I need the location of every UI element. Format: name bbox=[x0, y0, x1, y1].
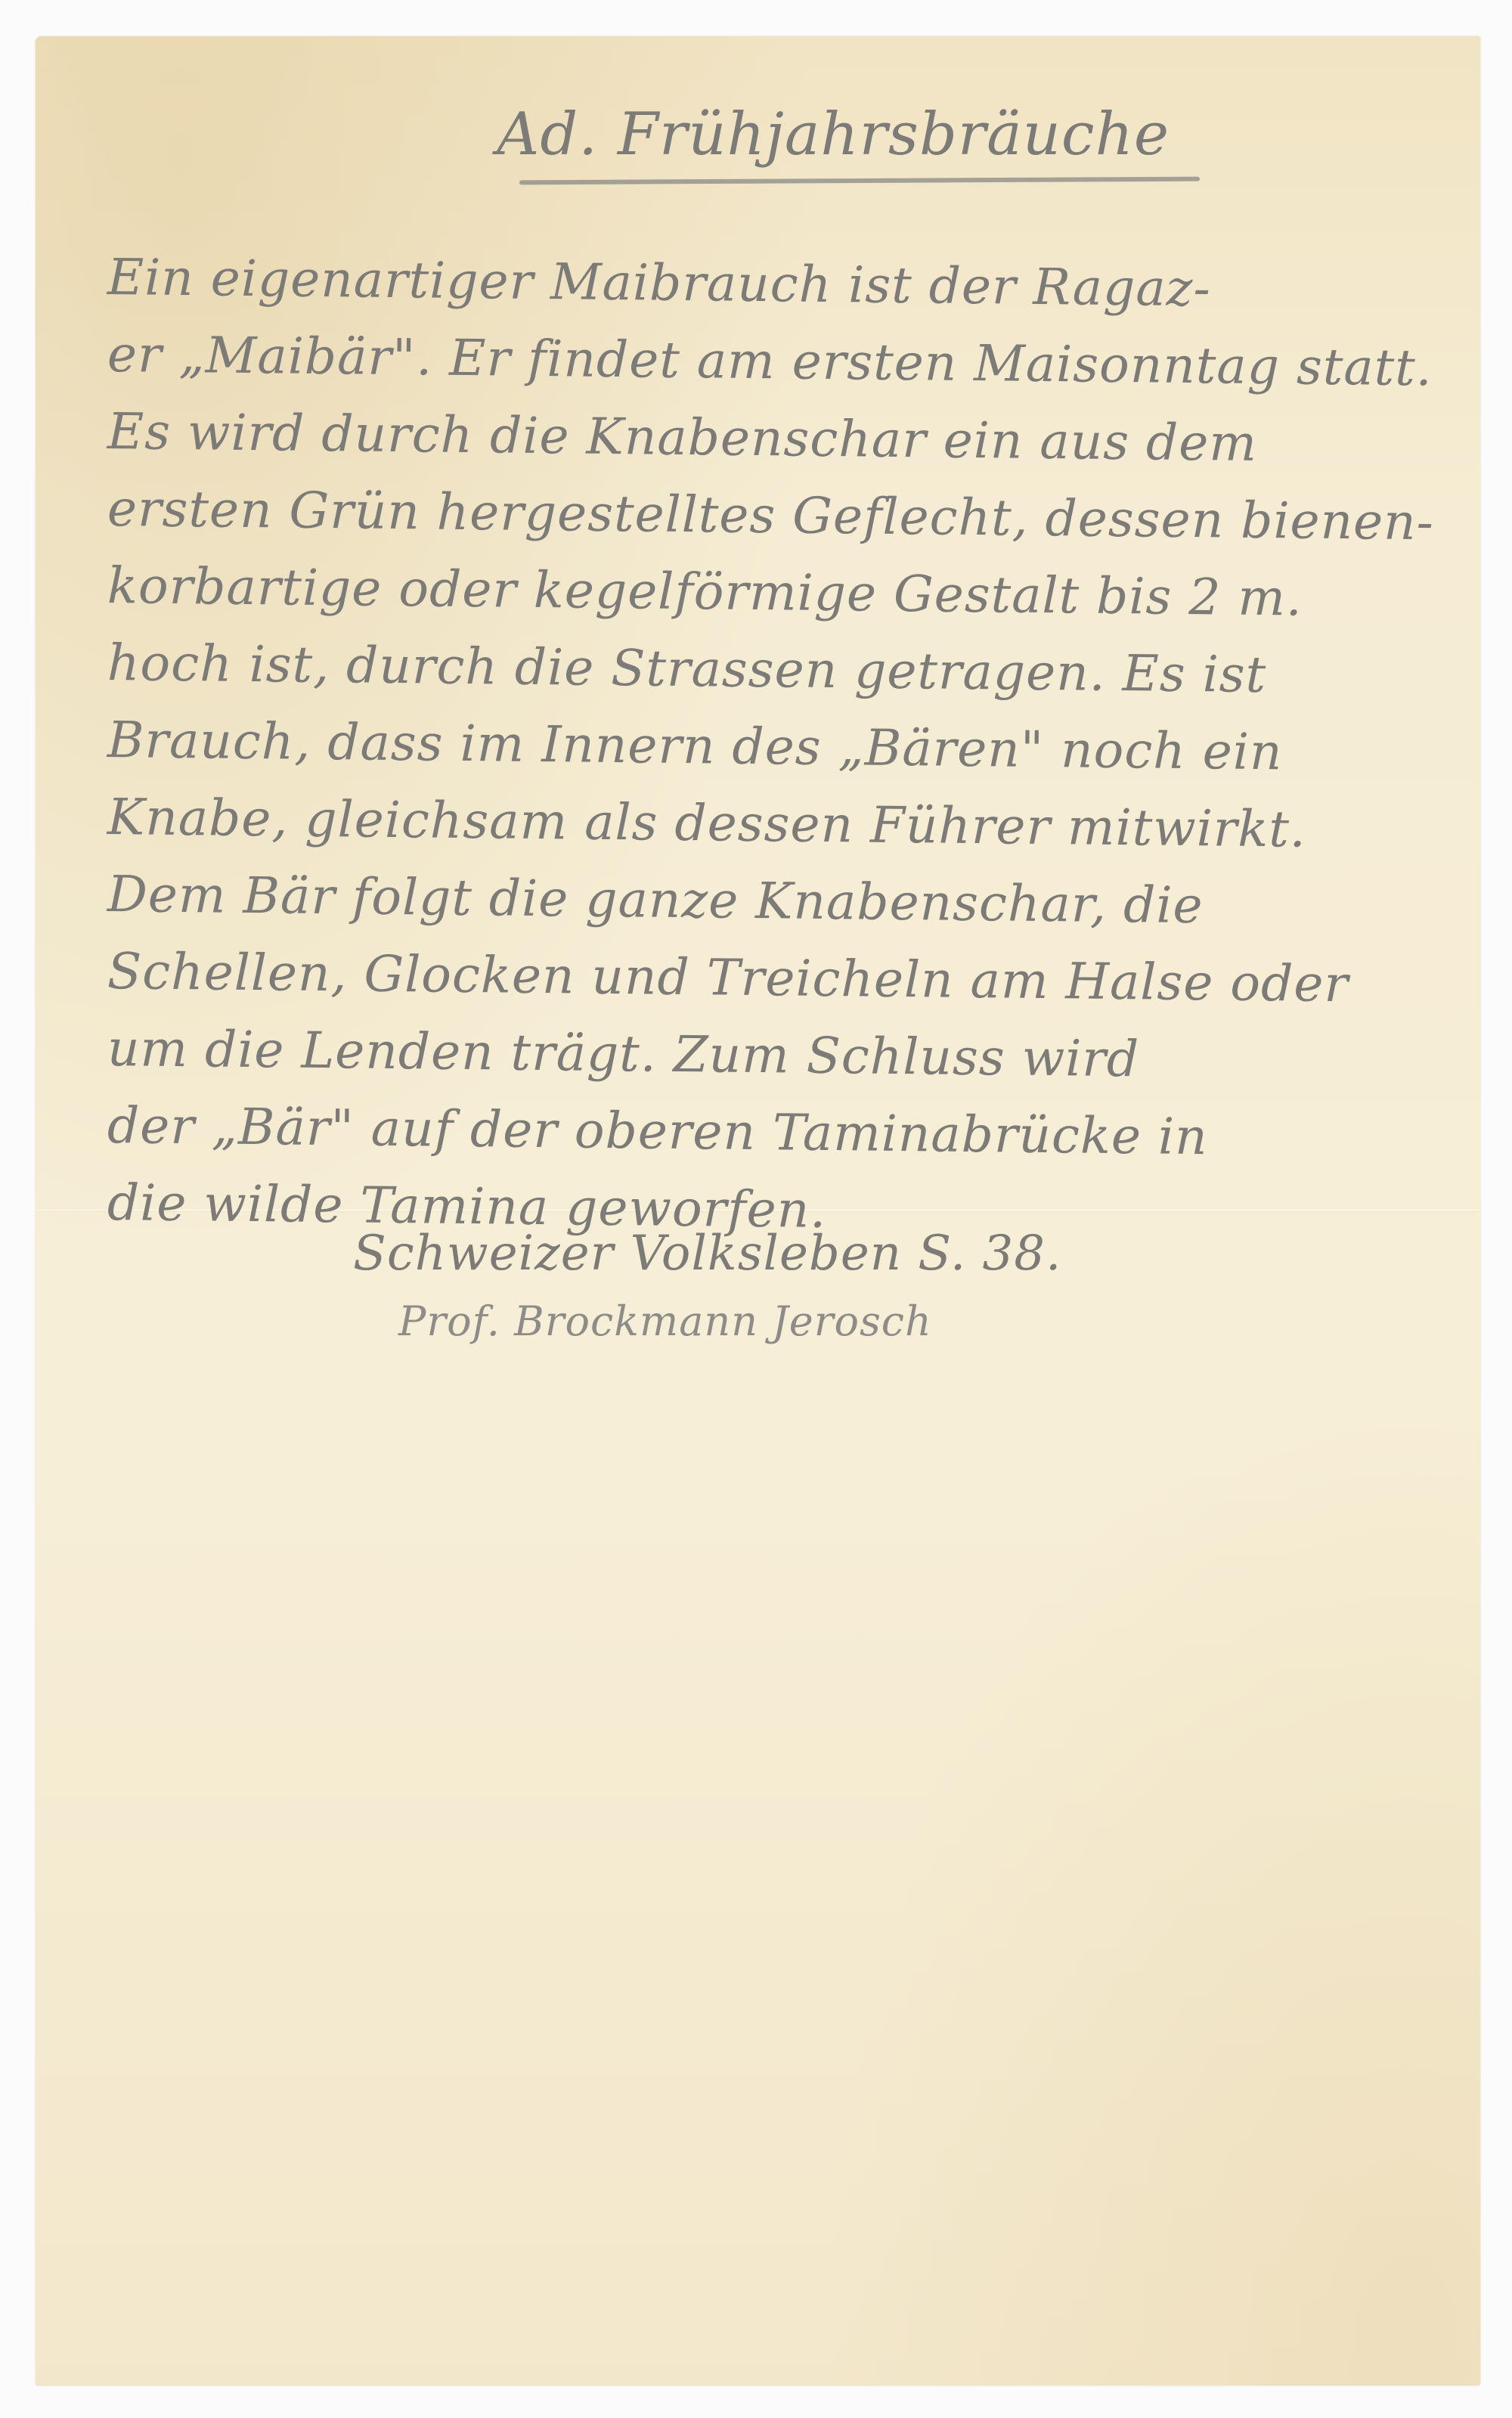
text-line: um die Lenden trägt. Zum Schluss wird bbox=[107, 1010, 1483, 1102]
title-underline bbox=[519, 177, 1200, 185]
text-line: Brauch, dass im Innern des „Bären" noch … bbox=[107, 702, 1483, 793]
text-line: der „Bär" auf der oberen Taminabrücke in bbox=[107, 1087, 1483, 1179]
text-line: korbartige oder kegelförmige Gestalt bis… bbox=[107, 547, 1483, 639]
text-line: Knabe, gleichsam als dessen Führer mitwi… bbox=[107, 779, 1483, 870]
source-reference: Schweizer Volksleben S. 38. Prof. Brockm… bbox=[353, 1220, 1061, 1356]
reference-source: Schweizer Volksleben S. 38. bbox=[353, 1220, 1061, 1288]
reference-author: Prof. Brockmann Jerosch bbox=[398, 1288, 1061, 1356]
text-line: Es wird durch die Knabenschar ein aus de… bbox=[107, 393, 1483, 485]
text-line: Dem Bär folgt die ganze Knabenschar, die bbox=[107, 856, 1483, 947]
text-line: Schellen, Glocken und Treicheln am Halse… bbox=[107, 933, 1483, 1025]
text-line: Ein eigenartiger Maibrauch ist der Ragaz… bbox=[107, 239, 1483, 330]
paper-sheet: Ad. Frühjahrsbräuche Ein eigenartiger Ma… bbox=[36, 36, 1480, 2385]
text-line: er „Maibär". Er findet am ersten Maisonn… bbox=[107, 316, 1483, 408]
document-title: Ad. Frühjahrsbräuche bbox=[497, 97, 1170, 172]
text-line: ersten Grün hergestelltes Geflecht, dess… bbox=[107, 470, 1483, 562]
body-text: Ein eigenartiger Maibrauch ist der Ragaz… bbox=[107, 239, 1483, 1242]
text-line: hoch ist, durch die Strassen getragen. E… bbox=[107, 625, 1483, 716]
